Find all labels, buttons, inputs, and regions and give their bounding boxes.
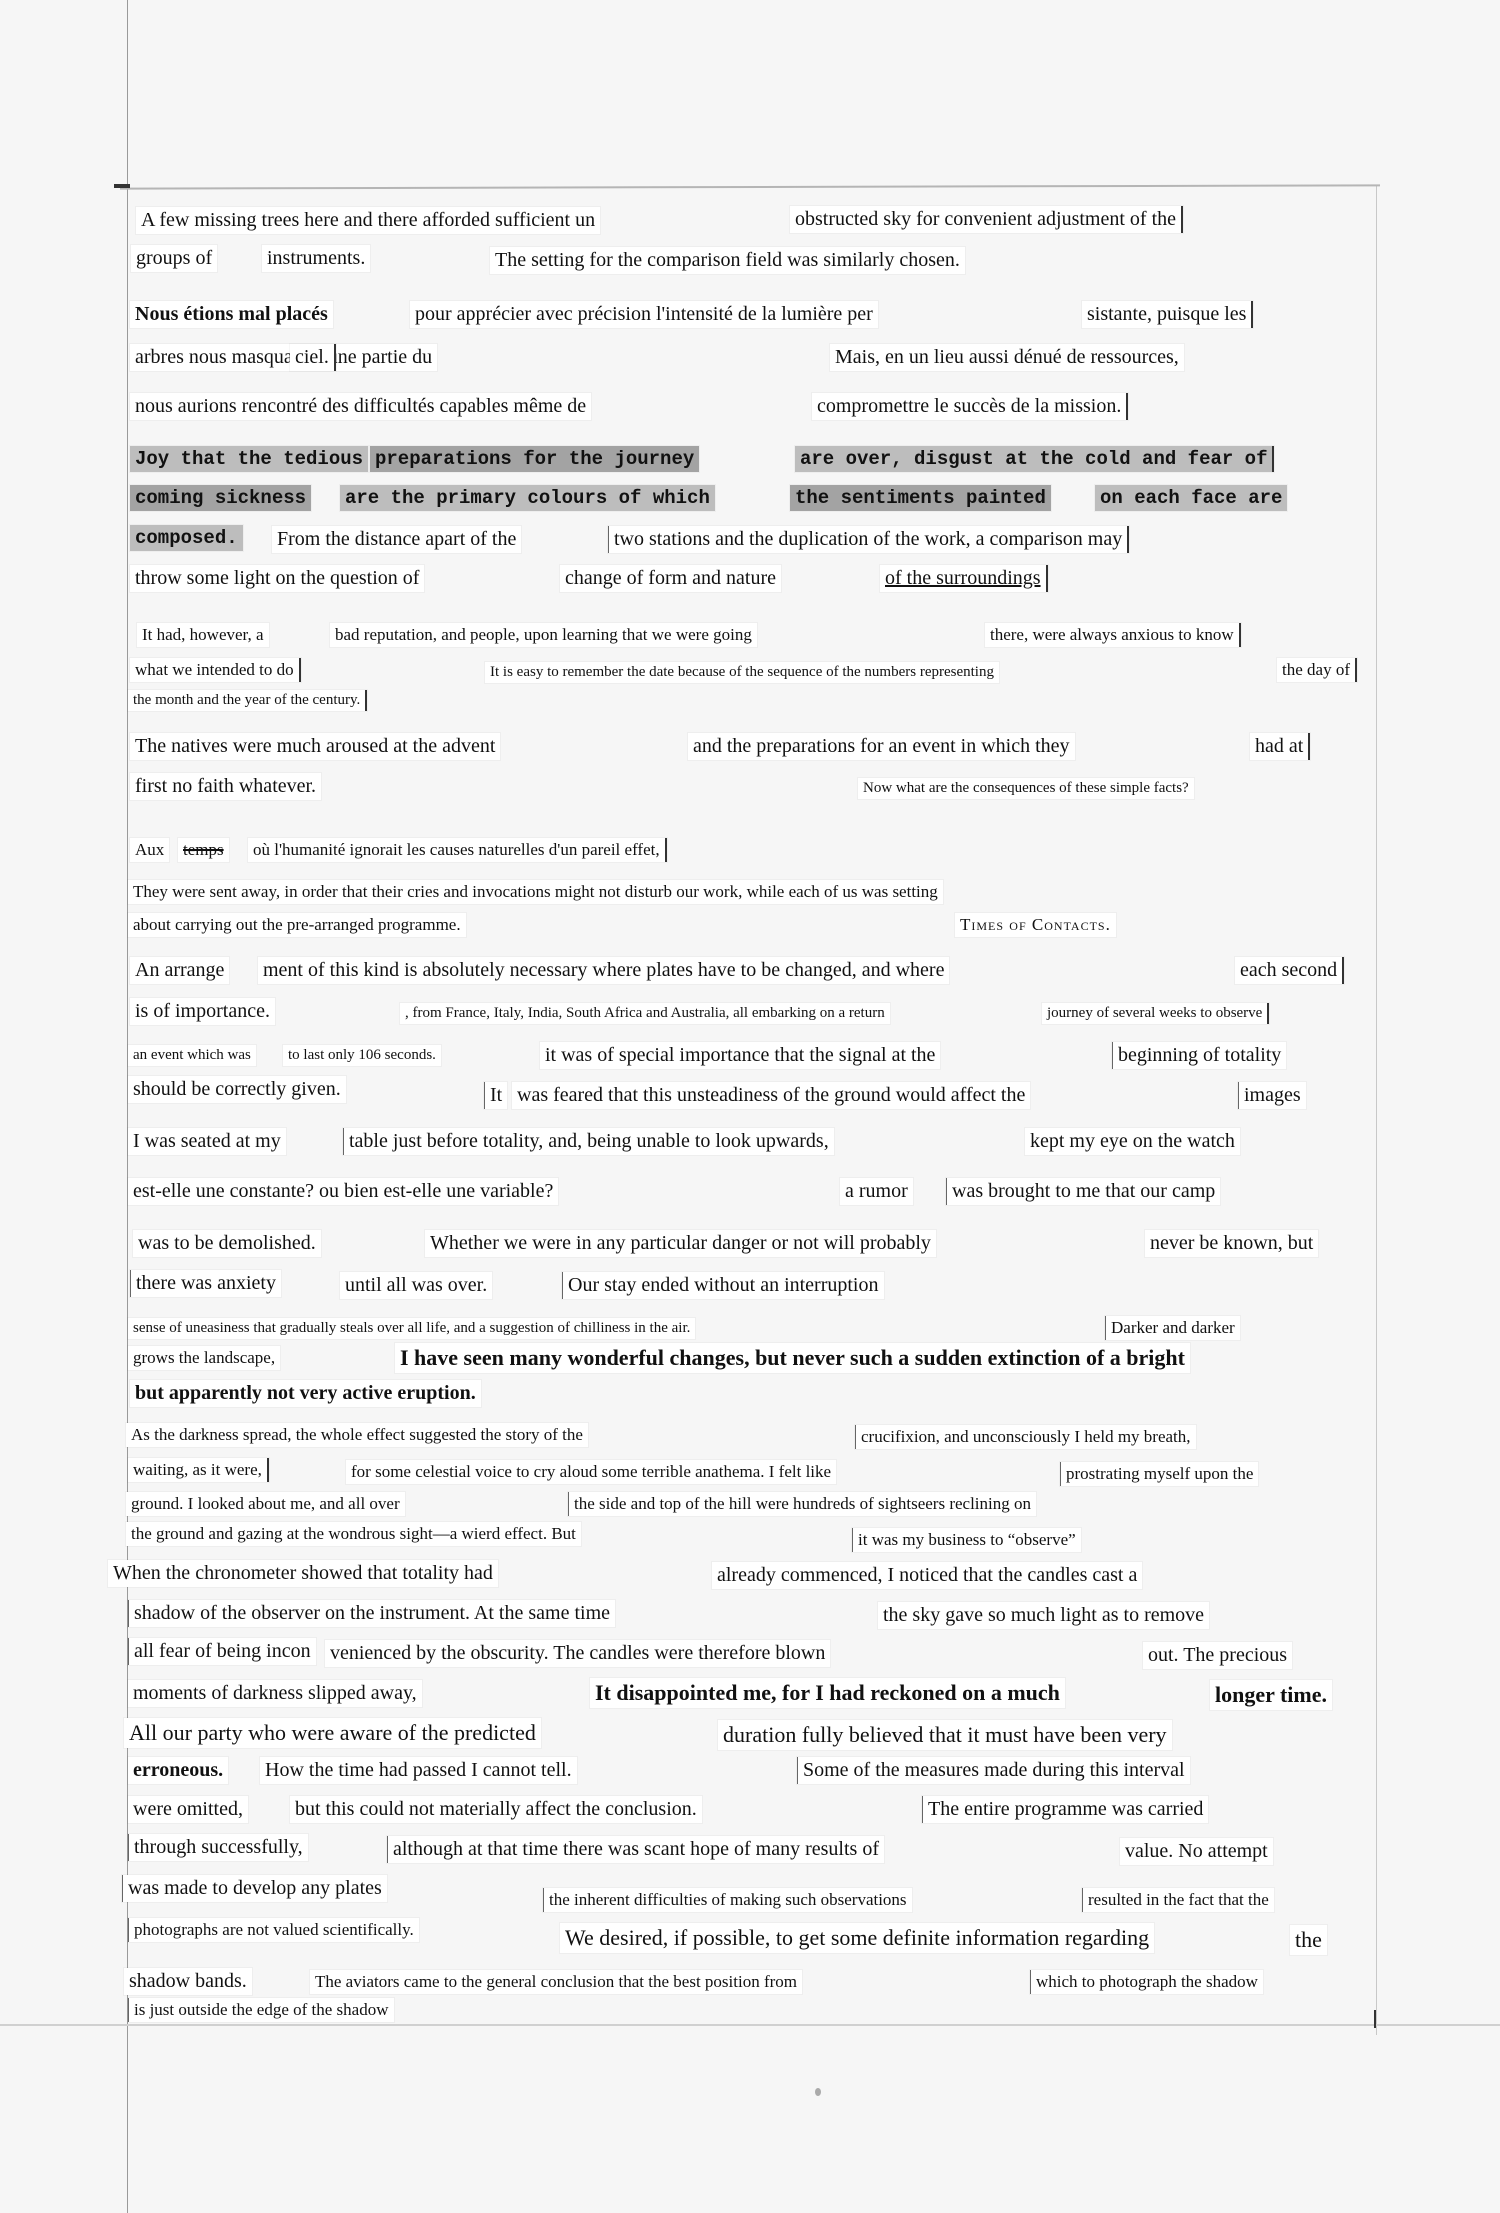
text-fragment: longer time. — [1210, 1680, 1332, 1710]
text-fragment: had at — [1250, 733, 1310, 760]
text-fragment: out. The precious — [1143, 1642, 1292, 1669]
typewritten-fragment: preparations for the journey — [370, 446, 699, 472]
text-fragment: ment of this kind is absolutely necessar… — [258, 957, 949, 984]
paper-speck — [815, 2088, 821, 2096]
text-fragment: grows the landscape, — [128, 1346, 280, 1370]
text-fragment: sense of uneasiness that gradually steal… — [128, 1318, 695, 1339]
text-fragment: and the preparations for an event in whi… — [688, 733, 1075, 760]
text-fragment: there, were always anxious to know — [985, 623, 1241, 647]
text-fragment: although at that time there was scant ho… — [387, 1836, 884, 1863]
text-fragment: Whether we were in any particular danger… — [425, 1230, 936, 1257]
right-margin-rule — [1376, 185, 1377, 2035]
text-fragment: photographs are not valued scientificall… — [128, 1918, 419, 1942]
text-fragment: until all was over. — [340, 1272, 492, 1299]
text-fragment: ground. I looked about me, and all over — [126, 1492, 405, 1516]
text-fragment: an event which was — [128, 1045, 256, 1066]
top-tick-mark — [114, 184, 130, 188]
text-fragment: ciel. — [290, 344, 336, 371]
text-fragment: erroneous. — [128, 1757, 228, 1784]
text-fragment: Aux — [130, 838, 169, 862]
text-fragment: a rumor — [840, 1178, 913, 1205]
text-fragment: venienced by the obscurity. The candles … — [325, 1640, 830, 1667]
text-fragment: shadow bands. — [124, 1968, 252, 1995]
text-fragment: Mais, en un lieu aussi dénué de ressourc… — [830, 344, 1184, 371]
text-fragment: instruments. — [262, 245, 370, 272]
text-fragment: was brought to me that our camp — [946, 1178, 1220, 1205]
text-fragment: all fear of being incon — [128, 1638, 316, 1665]
text-fragment: journey of several weeks to observe — [1042, 1003, 1269, 1024]
text-fragment: was to be demolished. — [133, 1230, 321, 1257]
text-fragment: Darker and darker — [1105, 1316, 1240, 1340]
text-fragment: two stations and the duplication of the … — [608, 526, 1129, 553]
text-fragment: each second — [1235, 957, 1344, 984]
text-fragment: As the darkness spread, the whole effect… — [126, 1423, 588, 1447]
text-fragment: A few missing trees here and there affor… — [136, 207, 600, 234]
text-fragment: bad reputation, and people, upon learnin… — [330, 623, 757, 647]
text-fragment: Some of the measures made during this in… — [797, 1757, 1190, 1784]
right-tick-mark — [1374, 2010, 1376, 2028]
text-fragment: duration fully believed that it must hav… — [718, 1720, 1172, 1750]
text-fragment: , from France, Italy, India, South Afric… — [400, 1003, 890, 1024]
section-heading: Times of Contacts. — [955, 913, 1116, 937]
text-fragment: images — [1238, 1082, 1306, 1109]
text-fragment: shadow of the observer on the instrument… — [128, 1600, 615, 1627]
text-fragment: the ground and gazing at the wondrous si… — [126, 1522, 581, 1546]
typewritten-fragment: are over, disgust at the cold and fear o… — [795, 446, 1274, 472]
typewritten-fragment: coming sickness — [130, 485, 311, 511]
text-fragment: there was anxiety — [130, 1270, 281, 1297]
text-fragment: is just outside the edge of the shadow — [128, 1998, 394, 2022]
text-fragment: first no faith whatever. — [130, 773, 321, 800]
text-fragment: obstructed sky for convenient adjustment… — [790, 206, 1183, 233]
text-fragment: prostrating myself upon the — [1060, 1462, 1258, 1486]
text-fragment: The aviators came to the general conclus… — [310, 1970, 802, 1994]
text-fragment: to last only 106 seconds. — [283, 1045, 441, 1066]
text-fragment: the — [1290, 1925, 1327, 1955]
text-fragment: waiting, as it were, — [128, 1458, 269, 1482]
text-fragment: it was of special importance that the si… — [540, 1042, 940, 1069]
text-fragment: Now what are the consequences of these s… — [858, 778, 1194, 799]
text-fragment: throw some light on the question of — [130, 565, 424, 592]
text-fragment: Our stay ended without an interruption — [562, 1272, 884, 1299]
text-fragment: It had, however, a — [137, 623, 269, 647]
text-fragment: It disappointed me, for I had reckoned o… — [590, 1678, 1065, 1708]
struck-text-fragment: temps — [178, 838, 229, 862]
text-fragment: où l'humanité ignorait les causes nature… — [248, 838, 667, 862]
text-fragment: was feared that this unsteadiness of the… — [512, 1082, 1030, 1109]
text-fragment: which to photograph the shadow — [1030, 1970, 1263, 1994]
text-fragment: arbres nous masquaient une partie du — [130, 344, 437, 371]
text-fragment: was made to develop any plates — [122, 1875, 387, 1902]
typewritten-fragment: are the primary colours of which — [340, 485, 715, 511]
text-fragment: already commenced, I noticed that the ca… — [712, 1562, 1142, 1589]
text-fragment: were omitted, — [128, 1796, 248, 1823]
text-fragment: pour apprécier avec précision l'intensit… — [410, 301, 878, 328]
text-fragment: it was my business to “observe” — [852, 1528, 1081, 1552]
text-fragment: kept my eye on the watch — [1025, 1128, 1240, 1155]
text-fragment: but this could not materially affect the… — [290, 1796, 702, 1823]
text-fragment: of the surroundings — [880, 565, 1048, 592]
text-fragment: It is easy to remember the date because … — [485, 662, 999, 683]
text-fragment: what we intended to do — [130, 658, 301, 682]
text-fragment: for some celestial voice to cry aloud so… — [346, 1460, 836, 1484]
text-fragment: resulted in the fact that the — [1082, 1888, 1274, 1912]
text-fragment: beginning of totality — [1112, 1042, 1286, 1069]
text-fragment: table just before totality, and, being u… — [343, 1128, 834, 1155]
text-fragment: never be known, but — [1145, 1230, 1318, 1257]
typewritten-fragment: on each face are — [1095, 485, 1287, 511]
text-fragment: should be correctly given. — [128, 1076, 346, 1103]
text-fragment: about carrying out the pre-arranged prog… — [128, 913, 466, 937]
text-fragment: sistante, puisque les — [1082, 301, 1253, 328]
text-fragment: crucifixion, and unconsciously I held my… — [855, 1425, 1196, 1449]
top-paste-edge — [120, 184, 1380, 189]
text-fragment: How the time had passed I cannot tell. — [260, 1757, 577, 1784]
text-fragment: moments of darkness slipped away, — [128, 1680, 422, 1707]
text-fragment: but apparently not very active eruption. — [130, 1380, 481, 1407]
text-fragment: I was seated at my — [128, 1128, 286, 1155]
text-fragment: the month and the year of the century. — [128, 690, 367, 711]
text-fragment: I have seen many wonderful changes, but … — [395, 1343, 1190, 1373]
typewritten-fragment: composed. — [130, 525, 243, 551]
text-fragment: Nous étions mal placés — [130, 301, 333, 328]
text-fragment: groups of — [131, 245, 217, 272]
text-fragment: is of importance. — [130, 998, 275, 1025]
text-fragment: change of form and nature — [560, 565, 781, 592]
text-fragment: All our party who were aware of the pred… — [124, 1718, 541, 1748]
text-fragment: through successfully, — [128, 1834, 308, 1861]
text-fragment: It — [484, 1082, 507, 1109]
text-fragment: the side and top of the hill were hundre… — [568, 1492, 1036, 1516]
text-fragment: The natives were much aroused at the adv… — [130, 733, 500, 760]
text-fragment: value. No attempt — [1120, 1838, 1273, 1865]
text-fragment: the day of — [1277, 658, 1357, 682]
text-fragment: The setting for the comparison field was… — [490, 247, 965, 274]
text-fragment: nous aurions rencontré des difficultés c… — [130, 393, 591, 420]
text-fragment: the sky gave so much light as to remove — [878, 1602, 1209, 1629]
text-fragment: the inherent difficulties of making such… — [543, 1888, 912, 1912]
text-fragment: They were sent away, in order that their… — [128, 880, 943, 904]
text-fragment: compromettre le succès de la mission. — [812, 393, 1128, 420]
typewritten-fragment: the sentiments painted — [790, 485, 1051, 511]
text-fragment: From the distance apart of the — [272, 526, 521, 553]
bottom-paste-edge — [0, 2024, 1500, 2026]
text-fragment: est-elle une constante? ou bien est-elle… — [128, 1178, 558, 1205]
text-fragment: An arrange — [130, 957, 229, 984]
typewritten-fragment: Joy that the tedious — [130, 446, 368, 472]
text-fragment: The entire programme was carried — [922, 1796, 1208, 1823]
text-fragment: When the chronometer showed that totalit… — [108, 1560, 498, 1587]
text-fragment: We desired, if possible, to get some def… — [560, 1923, 1154, 1953]
